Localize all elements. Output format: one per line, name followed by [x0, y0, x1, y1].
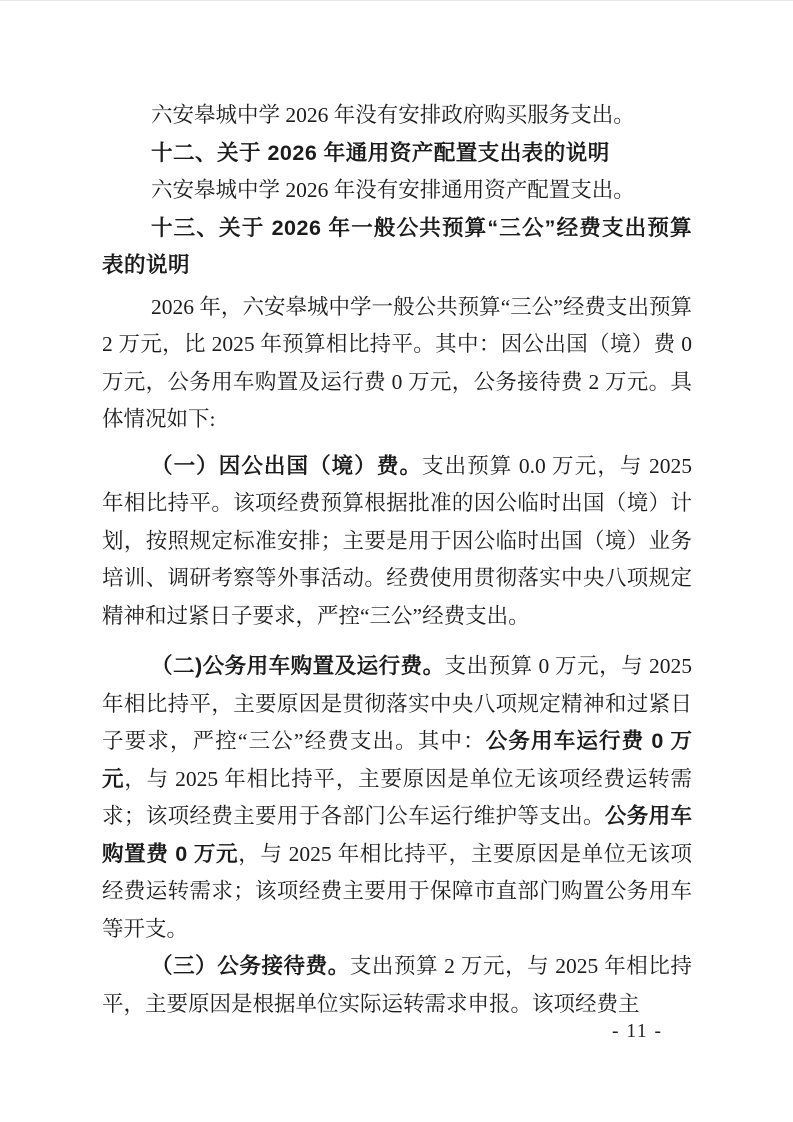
paragraph: 六安皋城中学 2026 年没有安排通用资产配置支出。: [102, 172, 692, 210]
bold-text-run: 十二、关于 2026 年通用资产配置支出表的说明: [151, 141, 610, 165]
text-run: 六安皋城中学 2026 年没有安排通用资产配置支出。: [151, 178, 635, 202]
bold-text-run: 十三、关于 2026 年一般公共预算“三公”经费支出预算表的说明: [102, 216, 692, 278]
bold-text-run: （二)公务用车购置及运行费。: [151, 654, 445, 678]
document-body: 六安皋城中学 2026 年没有安排政府购买服务支出。十二、关于 2026 年通用…: [102, 97, 692, 1023]
paragraph: 六安皋城中学 2026 年没有安排政府购买服务支出。: [102, 97, 692, 135]
paragraph: （三）公务接待费。支出预算 2 万元，与 2025 年相比持平，主要原因是根据单…: [102, 948, 692, 1023]
text-run: 支出预算 0.0 万元，与 2025 年相比持平。该项经费预算根据批准的因公临时…: [102, 454, 692, 628]
paragraph: 2026 年，六安皋城中学一般公共预算“三公”经费支出预算 2 万元，比 202…: [102, 289, 692, 439]
paragraph: （二)公务用车购置及运行费。支出预算 0 万元，与 2025 年相比持平，主要原…: [102, 648, 692, 948]
text-run: 2026 年，六安皋城中学一般公共预算“三公”经费支出预算 2 万元，比 202…: [102, 295, 692, 432]
bold-text-run: （三）公务接待费。: [151, 954, 350, 978]
text-run: ，与 2025 年相比持平，主要原因是单位无该项经费运转需求；该项经费主要用于各…: [102, 767, 692, 829]
page-number: - 11 -: [612, 1021, 663, 1043]
text-run: 六安皋城中学 2026 年没有安排政府购买服务支出。: [151, 103, 635, 127]
section-heading: 十二、关于 2026 年通用资产配置支出表的说明: [102, 135, 692, 173]
document-page: { "page": { "background": "#ffffff", "te…: [0, 0, 793, 1122]
bold-text-run: （一）因公出国（境）费。: [151, 454, 422, 478]
paragraph: （一）因公出国（境）费。支出预算 0.0 万元，与 2025 年相比持平。该项经…: [102, 448, 692, 636]
section-heading: 十三、关于 2026 年一般公共预算“三公”经费支出预算表的说明: [102, 210, 692, 285]
